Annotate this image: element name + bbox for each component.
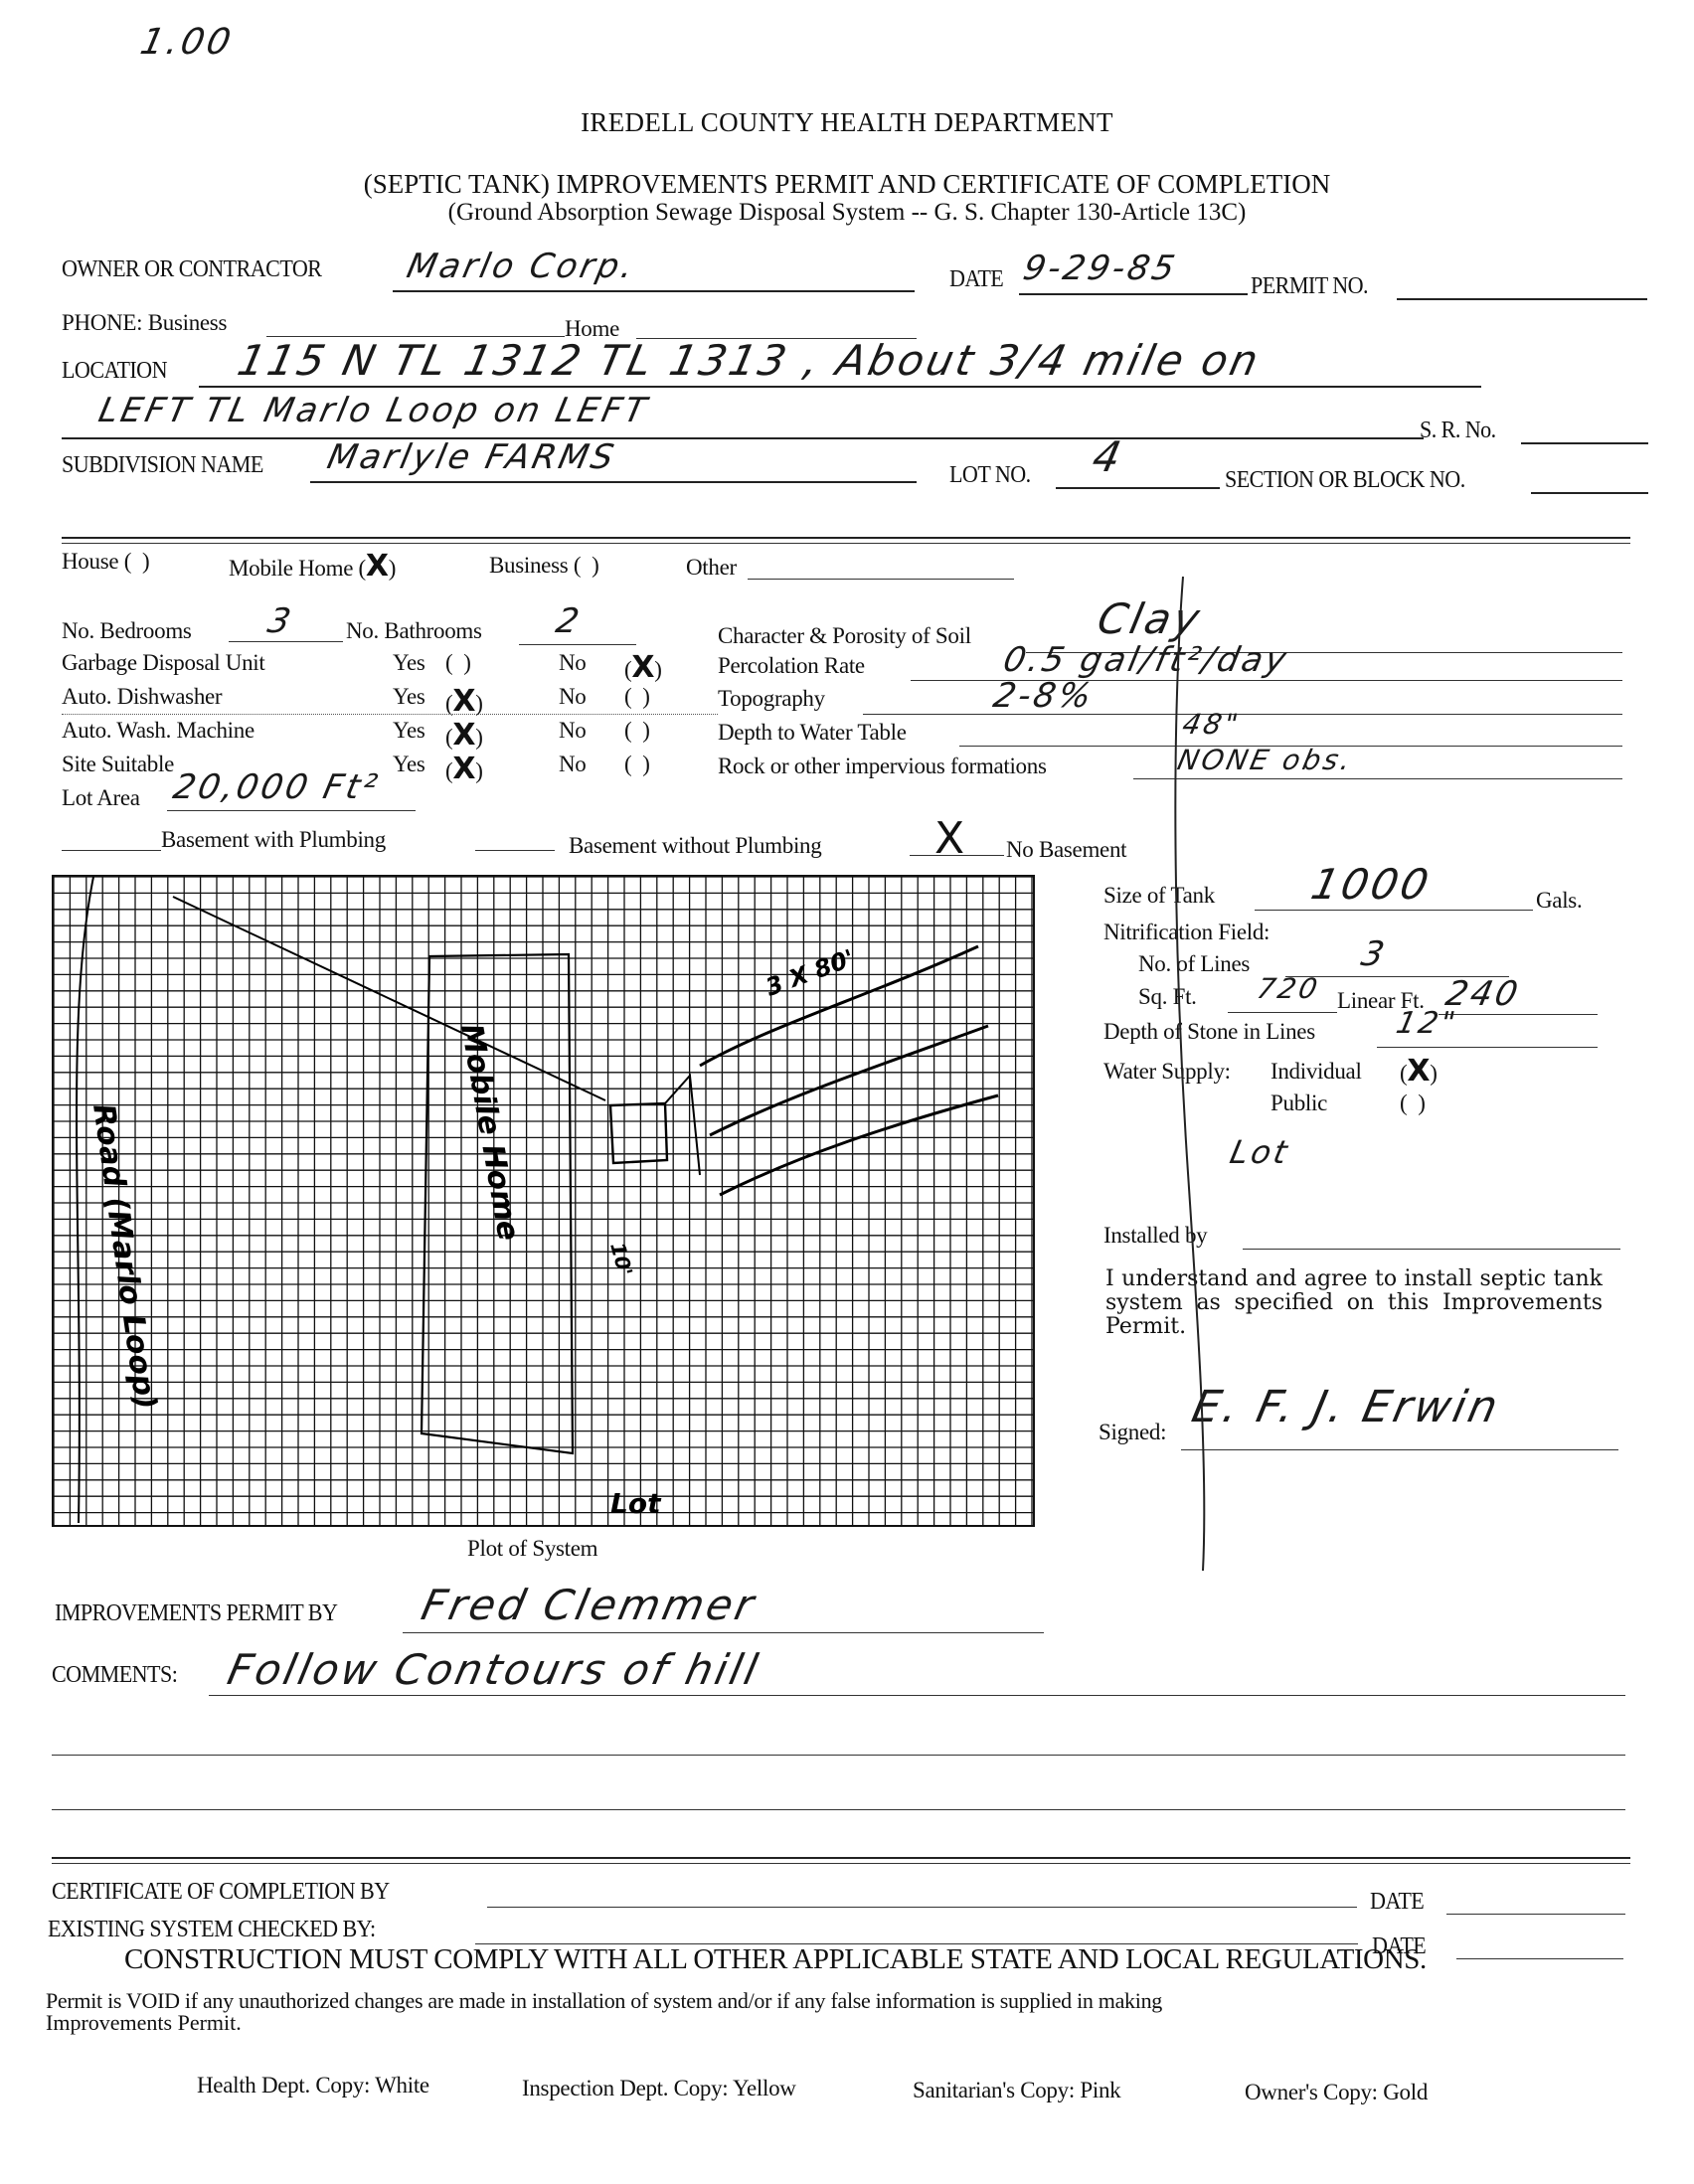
plot-annotation: 10' (605, 1240, 637, 1278)
existing-system-field[interactable] (477, 1917, 1356, 1943)
basement-with-plumbing-label: Basement with Plumbing (161, 827, 386, 853)
soil-character-label: Character & Porosity of Soil (718, 623, 971, 649)
topography-field[interactable]: 2-8% (990, 676, 1098, 716)
yes-checkbox[interactable]: ( ) (445, 650, 471, 676)
certificate-date-field[interactable] (1448, 1886, 1623, 1914)
rock-label: Rock or other impervious formations (718, 754, 1047, 779)
yes-label: Yes (393, 718, 425, 744)
checklist-item-label: Garbage Disposal Unit (62, 650, 265, 676)
phone-business-field[interactable] (268, 308, 562, 336)
section-label: SECTION OR BLOCK NO. (1225, 467, 1465, 494)
no-basement-checkmark: X (934, 813, 964, 864)
location-field-line2[interactable]: LEFT TL Marlo Loop on LEFT (95, 391, 653, 430)
lot-no-field[interactable]: 4 (1089, 432, 1128, 481)
comments-label: COMMENTS: (52, 1662, 177, 1689)
copy-health-dept: Health Dept. Copy: White (197, 2073, 429, 2099)
percolation-label: Percolation Rate (718, 653, 865, 679)
plot-caption: Plot of System (467, 1536, 597, 1562)
permit-by-label: IMPROVEMENTS PERMIT BY (55, 1600, 337, 1627)
lines-field[interactable]: 3 (1358, 934, 1391, 974)
checklist-item-label: Auto. Dishwasher (62, 684, 222, 710)
checkmark: X (452, 752, 475, 786)
corner-note: 1.00 (137, 22, 238, 63)
no-label: No (559, 752, 587, 777)
no-label: No (559, 684, 587, 710)
checkmark: X (631, 650, 654, 685)
bathrooms-label: No. Bathrooms (346, 618, 482, 644)
section-field[interactable] (1533, 465, 1646, 491)
checkmark: X (452, 718, 475, 753)
owner-label: OWNER OR CONTRACTOR (62, 256, 321, 283)
owner-field[interactable]: Marlo Corp. (404, 247, 640, 286)
bedrooms-label: No. Bedrooms (62, 618, 192, 644)
subdivision-label: SUBDIVISION NAME (62, 452, 263, 479)
phone-business-label: PHONE: Business (62, 310, 227, 336)
certificate-label: CERTIFICATE OF COMPLETION BY (52, 1879, 390, 1906)
individual-checkbox[interactable]: (X) (1400, 1054, 1438, 1089)
copy-inspection-dept: Inspection Dept. Copy: Yellow (522, 2076, 796, 2101)
permit-no-label: PERMIT NO. (1251, 273, 1368, 300)
no-label: No (559, 650, 587, 676)
yes-checkbox[interactable]: (X) (445, 752, 483, 786)
form-subtitle: (Ground Absorption Sewage Disposal Syste… (0, 199, 1694, 227)
installed-by-field[interactable] (1245, 1221, 1618, 1249)
lot-area-field[interactable]: 20,000 Ft² (170, 767, 384, 807)
void-notice-line2: Improvements Permit. (46, 2010, 242, 2036)
other-label: Other (686, 555, 737, 581)
yes-label: Yes (393, 684, 425, 710)
sr-no-label: S. R. No. (1420, 418, 1496, 444)
bedrooms-field[interactable]: 3 (264, 601, 297, 641)
location-field-line1[interactable]: 115 N TL 1312 TL 1313 , About 3/4 mile o… (234, 336, 1266, 385)
no-checkbox[interactable]: ( ) (624, 684, 650, 710)
yes-label: Yes (393, 650, 425, 676)
plot-annotation: 3 X 80' (762, 944, 858, 1002)
bathrooms-field[interactable]: 2 (553, 601, 586, 641)
plot-of-system-grid[interactable]: Mobile HomeRoad (Marlo Loop)Lot3 X 80'10… (52, 875, 1035, 1527)
checklist-item-label: Auto. Wash. Machine (62, 718, 254, 744)
permit-no-field[interactable] (1402, 268, 1640, 296)
no-basement-label[interactable]: No Basement (1006, 837, 1126, 863)
stray-pen-mark (1163, 577, 1233, 1581)
plot-annotation: Mobile Home (453, 1021, 526, 1243)
signed-label: Signed: (1099, 1420, 1166, 1445)
date-label: DATE (949, 266, 1003, 293)
lot-no-label: LOT NO. (949, 462, 1031, 489)
certificate-date-label: DATE (1370, 1889, 1424, 1916)
topography-label: Topography (718, 686, 825, 712)
signature-field[interactable]: E. F. J. Erwin (1188, 1382, 1505, 1432)
basement-without-plumbing-label: Basement without Plumbing (569, 833, 821, 859)
department-title: IREDELL COUNTY HEALTH DEPARTMENT (0, 107, 1694, 138)
public-checkbox[interactable]: ( ) (1400, 1091, 1426, 1116)
public-label: Public (1270, 1091, 1327, 1116)
no-checkbox[interactable]: ( ) (624, 718, 650, 744)
yes-label: Yes (393, 752, 425, 777)
no-checkbox[interactable]: ( ) (624, 752, 650, 777)
form-title: (SEPTIC TANK) IMPROVEMENTS PERMIT AND CE… (0, 169, 1694, 200)
mobile-home-checkmark: X (366, 549, 389, 584)
tank-size-field[interactable]: 1000 (1307, 860, 1436, 909)
lot-area-label: Lot Area (62, 785, 140, 811)
individual-checkmark: X (1407, 1054, 1430, 1089)
copy-sanitarian: Sanitarian's Copy: Pink (913, 2078, 1120, 2103)
house-label: House ( ) (62, 549, 149, 575)
no-label: No (559, 718, 587, 744)
no-checkbox[interactable]: (X) (624, 650, 662, 685)
plot-sketch: Mobile HomeRoad (Marlo Loop)Lot3 X 80'10… (54, 877, 1033, 1525)
location-label: LOCATION (62, 358, 167, 385)
water-table-label: Depth to Water Table (718, 720, 907, 746)
existing-date-field[interactable] (1458, 1932, 1621, 1958)
business-option[interactable]: Business ( ) (489, 553, 598, 579)
comments-field[interactable]: Follow Contours of hill (224, 1645, 764, 1694)
copy-owner: Owner's Copy: Gold (1245, 2080, 1428, 2105)
date-field[interactable]: 9-29-85 (1020, 249, 1181, 288)
sqft-field[interactable]: 720 (1254, 972, 1322, 1005)
subdivision-field[interactable]: Marlyle FARMS (324, 437, 620, 477)
individual-label: Individual (1270, 1059, 1362, 1085)
compliance-notice: CONSTRUCTION MUST COMPLY WITH ALL OTHER … (124, 1943, 1427, 1976)
other-field[interactable] (750, 553, 1012, 579)
phone-home-field[interactable] (638, 310, 915, 338)
tank-unit-label: Gals. (1536, 888, 1582, 914)
certificate-field[interactable] (489, 1879, 1354, 1907)
yes-checkbox[interactable]: (X) (445, 718, 483, 753)
existing-system-label: EXISTING SYSTEM CHECKED BY: (48, 1917, 376, 1943)
sr-no-field[interactable] (1523, 416, 1646, 441)
lot-note: Lot (1227, 1133, 1293, 1171)
stone-depth-field[interactable]: 12" (1393, 1006, 1460, 1041)
mobile-home-option[interactable]: Mobile Home (X) (229, 549, 396, 584)
plot-annotation: Lot (610, 1487, 662, 1520)
percolation-field[interactable]: 0.5 gal/ft²/day (1000, 640, 1293, 680)
permit-by-field[interactable]: Fred Clemmer (418, 1581, 761, 1629)
checklist-item-label: Site Suitable (62, 752, 174, 777)
